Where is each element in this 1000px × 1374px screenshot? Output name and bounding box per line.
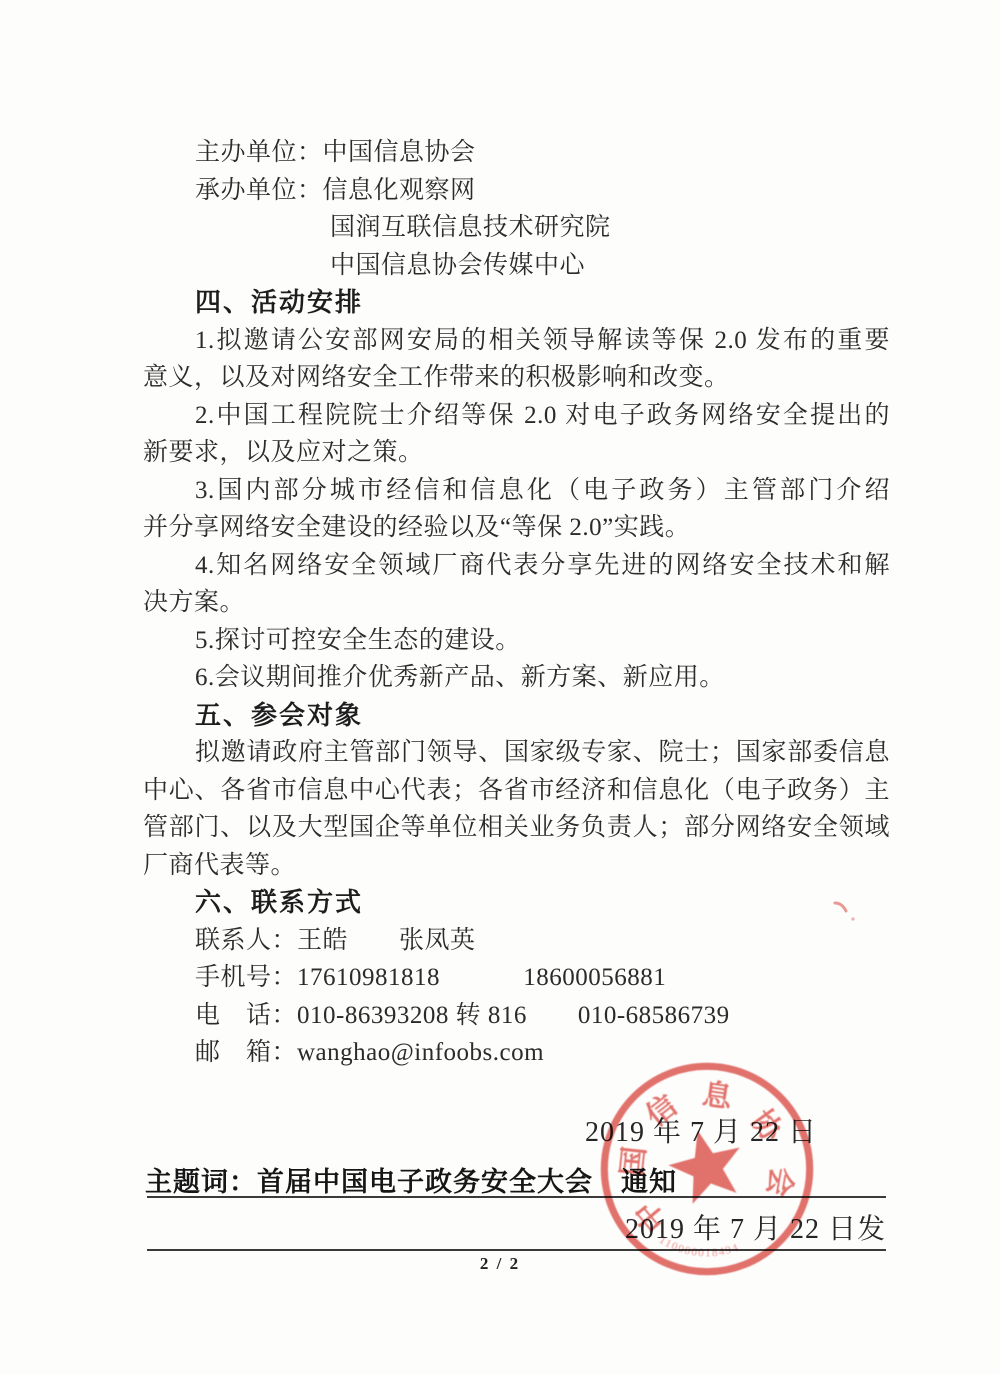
doc-line: 厂商代表等。 [143,847,890,885]
doc-line: 6.会议期间推介优秀新产品、新方案、新应用。 [143,659,890,697]
section-heading-6: 六、联系方式 [143,884,890,922]
seal-char: 息 [700,1077,734,1115]
doc-line: 5.探讨可控安全生态的建设。 [143,622,890,660]
phone-number-line: 电 话：010-86393208 转 816 010-68586739 [143,997,890,1035]
doc-line: 意义，以及对网络安全工作带来的积极影响和改变。 [143,359,890,397]
section-heading-5: 五、参会对象 [143,697,890,735]
seal-char: 会 [761,1164,799,1199]
doc-line: 拟邀请政府主管部门领导、国家级专家、院士；国家部委信息 [143,734,890,772]
seal-char: 协 [744,1104,789,1148]
document-body: 主办单位：中国信息协会 承办单位：信息化观察网 国润互联信息技术研究院 中国信息… [143,134,890,1072]
scanned-document-page: 主办单位：中国信息协会 承办单位：信息化观察网 国润互联信息技术研究院 中国信息… [0,0,1000,1374]
seal-star-icon [662,1122,750,1208]
organizer-line: 主办单位：中国信息协会 [143,134,890,172]
seal-char: 信 [639,1088,684,1133]
seal-char: 国 [616,1145,652,1178]
co-organizer-line: 承办单位：信息化观察网 [143,172,890,210]
doc-line: 4.知名网络安全领域厂商代表分享先进的网络安全技术和解 [143,547,890,585]
doc-line: 1.拟邀请公安部网安局的相关领导解读等保 2.0 发布的重要 [143,322,890,360]
doc-line: 3.国内部分城市经信和信息化（电子政务）主管部门介绍 [143,472,890,510]
mobile-number-line: 手机号：17610981818 18600056881 [143,959,890,997]
doc-line: 中心、各省市信息中心代表；各省市经济和信息化（电子政务）主 [143,772,890,810]
seal-code: 110000018494 [657,1234,741,1259]
section-heading-4: 四、活动安排 [143,284,890,322]
doc-line: 决方案。 [143,584,890,622]
seal-char: 中 [629,1194,673,1238]
doc-line: 管部门、以及大型国企等单位相关业务负责人；部分网络安全领域 [143,809,890,847]
page-number: 2 / 2 [0,1254,1000,1274]
red-ink-mark [832,898,862,928]
official-seal: 中 国 信 息 协 会 110000018494 [585,1047,829,1291]
contact-person-line: 联系人：王皓 张凤英 [143,922,890,960]
doc-line: 2.中国工程院院士介绍等保 2.0 对电子政务网络安全提出的 [143,397,890,435]
co-organizer-line: 中国信息协会传媒中心 [143,247,890,285]
co-organizer-line: 国润互联信息技术研究院 [143,209,890,247]
doc-line: 并分享网络安全建设的经验以及“等保 2.0”实践。 [143,509,890,547]
doc-line: 新要求，以及应对之策。 [143,434,890,472]
